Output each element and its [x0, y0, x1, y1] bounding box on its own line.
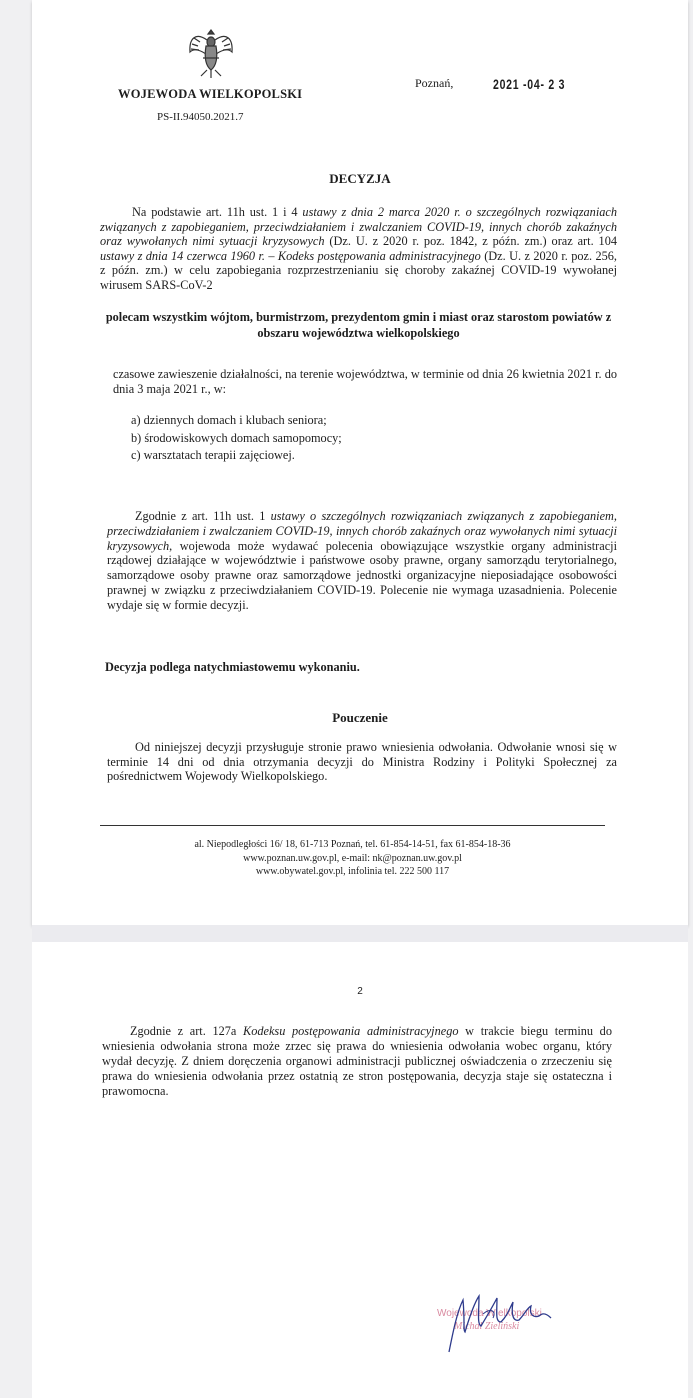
- act-title: Kodeksu postępowania administracyjnego: [243, 1024, 459, 1038]
- issuer-name: WOJEWODA WIELKOPOLSKI: [118, 87, 302, 102]
- text: Zgodnie z art. 127a: [130, 1024, 243, 1038]
- document-page-2: 2 Zgodnie z art. 127a Kodeksu postępowan…: [32, 942, 688, 1398]
- list-item: c) warsztatach terapii zajęciowej.: [131, 447, 342, 465]
- list-item: b) środowiskowych domach samopomocy;: [131, 430, 342, 448]
- legal-basis-paragraph: Na podstawie art. 11h ust. 1 i 4 ustawy …: [100, 205, 617, 293]
- footer-address: al. Niepodległości 16/ 18, 61-713 Poznań…: [100, 838, 605, 852]
- facility-list: a) dziennych domach i klubach seniora; b…: [131, 412, 342, 465]
- waiver-paragraph: Zgodnie z art. 127a Kodeksu postępowania…: [102, 1024, 612, 1099]
- date-stamp: 2021 -04- 2 3: [493, 76, 565, 92]
- signature-icon: [427, 1272, 577, 1362]
- page-separator: [32, 925, 688, 942]
- footer-web-email: www.poznan.uw.gov.pl, e-mail: nk@poznan.…: [100, 852, 605, 866]
- text: Na podstawie art. 11h ust. 1 i 4: [132, 205, 302, 219]
- city: Poznań,: [415, 76, 453, 91]
- text: (Dz. U. z 2020 r. poz. 1842, z późn. zm.…: [325, 234, 617, 248]
- text: Zgodnie z art. 11h ust. 1: [135, 509, 271, 523]
- case-reference: PS-II.94050.2021.7: [157, 111, 243, 123]
- polish-eagle-emblem-icon: [186, 24, 236, 82]
- page-number: 2: [32, 986, 688, 997]
- document-page-1: WOJEWODA WIELKOPOLSKI PS-II.94050.2021.7…: [32, 0, 688, 925]
- instruction-title: Pouczenie: [32, 710, 688, 726]
- document-title: DECYZJA: [32, 171, 688, 187]
- footer-contact: al. Niepodległości 16/ 18, 61-713 Poznań…: [100, 838, 605, 879]
- instruction-paragraph: Od niniejszej decyzji przysługuje stroni…: [107, 740, 617, 784]
- list-item: a) dziennych domach i klubach seniora;: [131, 412, 342, 430]
- immediate-execution-note: Decyzja podlega natychmiastowemu wykonan…: [105, 660, 360, 675]
- footer-helpline: www.obywatel.gov.pl, infolinia tel. 222 …: [100, 865, 605, 879]
- order-statement: polecam wszystkim wójtom, burmistrzom, p…: [100, 309, 617, 341]
- text: , wojewoda może wydawać polecenia obowią…: [107, 539, 617, 612]
- suspension-paragraph: czasowe zawieszenie działalności, na ter…: [113, 367, 617, 396]
- legal-justification-paragraph: Zgodnie z art. 11h ust. 1 ustawy o szcze…: [107, 509, 617, 613]
- act-title: ustawy z dnia 14 czerwca 1960 r. – Kodek…: [100, 249, 481, 263]
- footer-divider: [100, 825, 605, 826]
